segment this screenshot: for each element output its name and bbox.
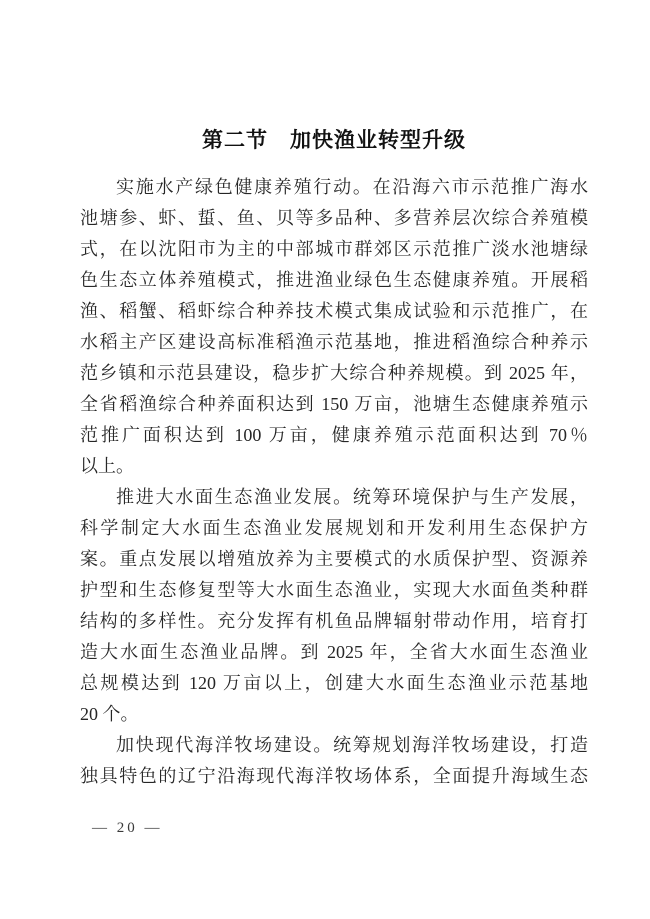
text-line: 科学制定大水面生态渔业发展规划和开发利用生态保护方	[80, 513, 588, 544]
text-line: 20 个。	[80, 699, 588, 730]
text-line: 以上。	[80, 451, 588, 482]
text-line: 池塘参、虾、蜇、鱼、贝等多品种、多营养层次综合养殖模	[80, 203, 588, 234]
text-line: 案。重点发展以增殖放养为主要模式的水质保护型、资源养	[80, 544, 588, 575]
text-line: 造大水面生态渔业品牌。到 2025 年，全省大水面生态渔业	[80, 637, 588, 668]
text-line: 推进大水面生态渔业发展。统筹环境保护与生产发展，	[80, 482, 588, 513]
text-line: 护型和生态修复型等大水面生态渔业，实现大水面鱼类种群	[80, 575, 588, 606]
text-line: 实施水产绿色健康养殖行动。在沿海六市示范推广海水	[80, 172, 588, 203]
text-line: 范推广面积达到 100 万亩，健康养殖示范面积达到 70％	[80, 420, 588, 451]
document-body: 实施水产绿色健康养殖行动。在沿海六市示范推广海水池塘参、虾、蜇、鱼、贝等多品种、…	[80, 172, 588, 792]
text-line: 色生态立体养殖模式，推进渔业绿色生态健康养殖。开展稻	[80, 265, 588, 296]
text-line: 水稻主产区建设高标准稻渔示范基地，推进稻渔综合种养示	[80, 327, 588, 358]
section-title: 第二节 加快渔业转型升级	[80, 128, 588, 154]
paragraph: 加快现代海洋牧场建设。统筹规划海洋牧场建设，打造独具特色的辽宁沿海现代海洋牧场体…	[80, 730, 588, 792]
document-page: 第二节 加快渔业转型升级 实施水产绿色健康养殖行动。在沿海六市示范推广海水池塘参…	[0, 0, 650, 919]
text-line: 独具特色的辽宁沿海现代海洋牧场体系，全面提升海域生态	[80, 761, 588, 792]
text-line: 范乡镇和示范县建设，稳步扩大综合种养规模。到 2025 年，	[80, 358, 588, 389]
paragraph: 推进大水面生态渔业发展。统筹环境保护与生产发展，科学制定大水面生态渔业发展规划和…	[80, 482, 588, 730]
text-line: 渔、稻蟹、稻虾综合种养技术模式集成试验和示范推广，在	[80, 296, 588, 327]
paragraph: 实施水产绿色健康养殖行动。在沿海六市示范推广海水池塘参、虾、蜇、鱼、贝等多品种、…	[80, 172, 588, 482]
text-line: 加快现代海洋牧场建设。统筹规划海洋牧场建设，打造	[80, 730, 588, 761]
text-line: 全省稻渔综合种养面积达到 150 万亩，池塘生态健康养殖示	[80, 389, 588, 420]
text-line: 结构的多样性。充分发挥有机鱼品牌辐射带动作用，培育打	[80, 606, 588, 637]
page-number: — 20 —	[92, 819, 163, 837]
text-line: 式，在以沈阳市为主的中部城市群郊区示范推广淡水池塘绿	[80, 234, 588, 265]
text-line: 总规模达到 120 万亩以上，创建大水面生态渔业示范基地	[80, 668, 588, 699]
